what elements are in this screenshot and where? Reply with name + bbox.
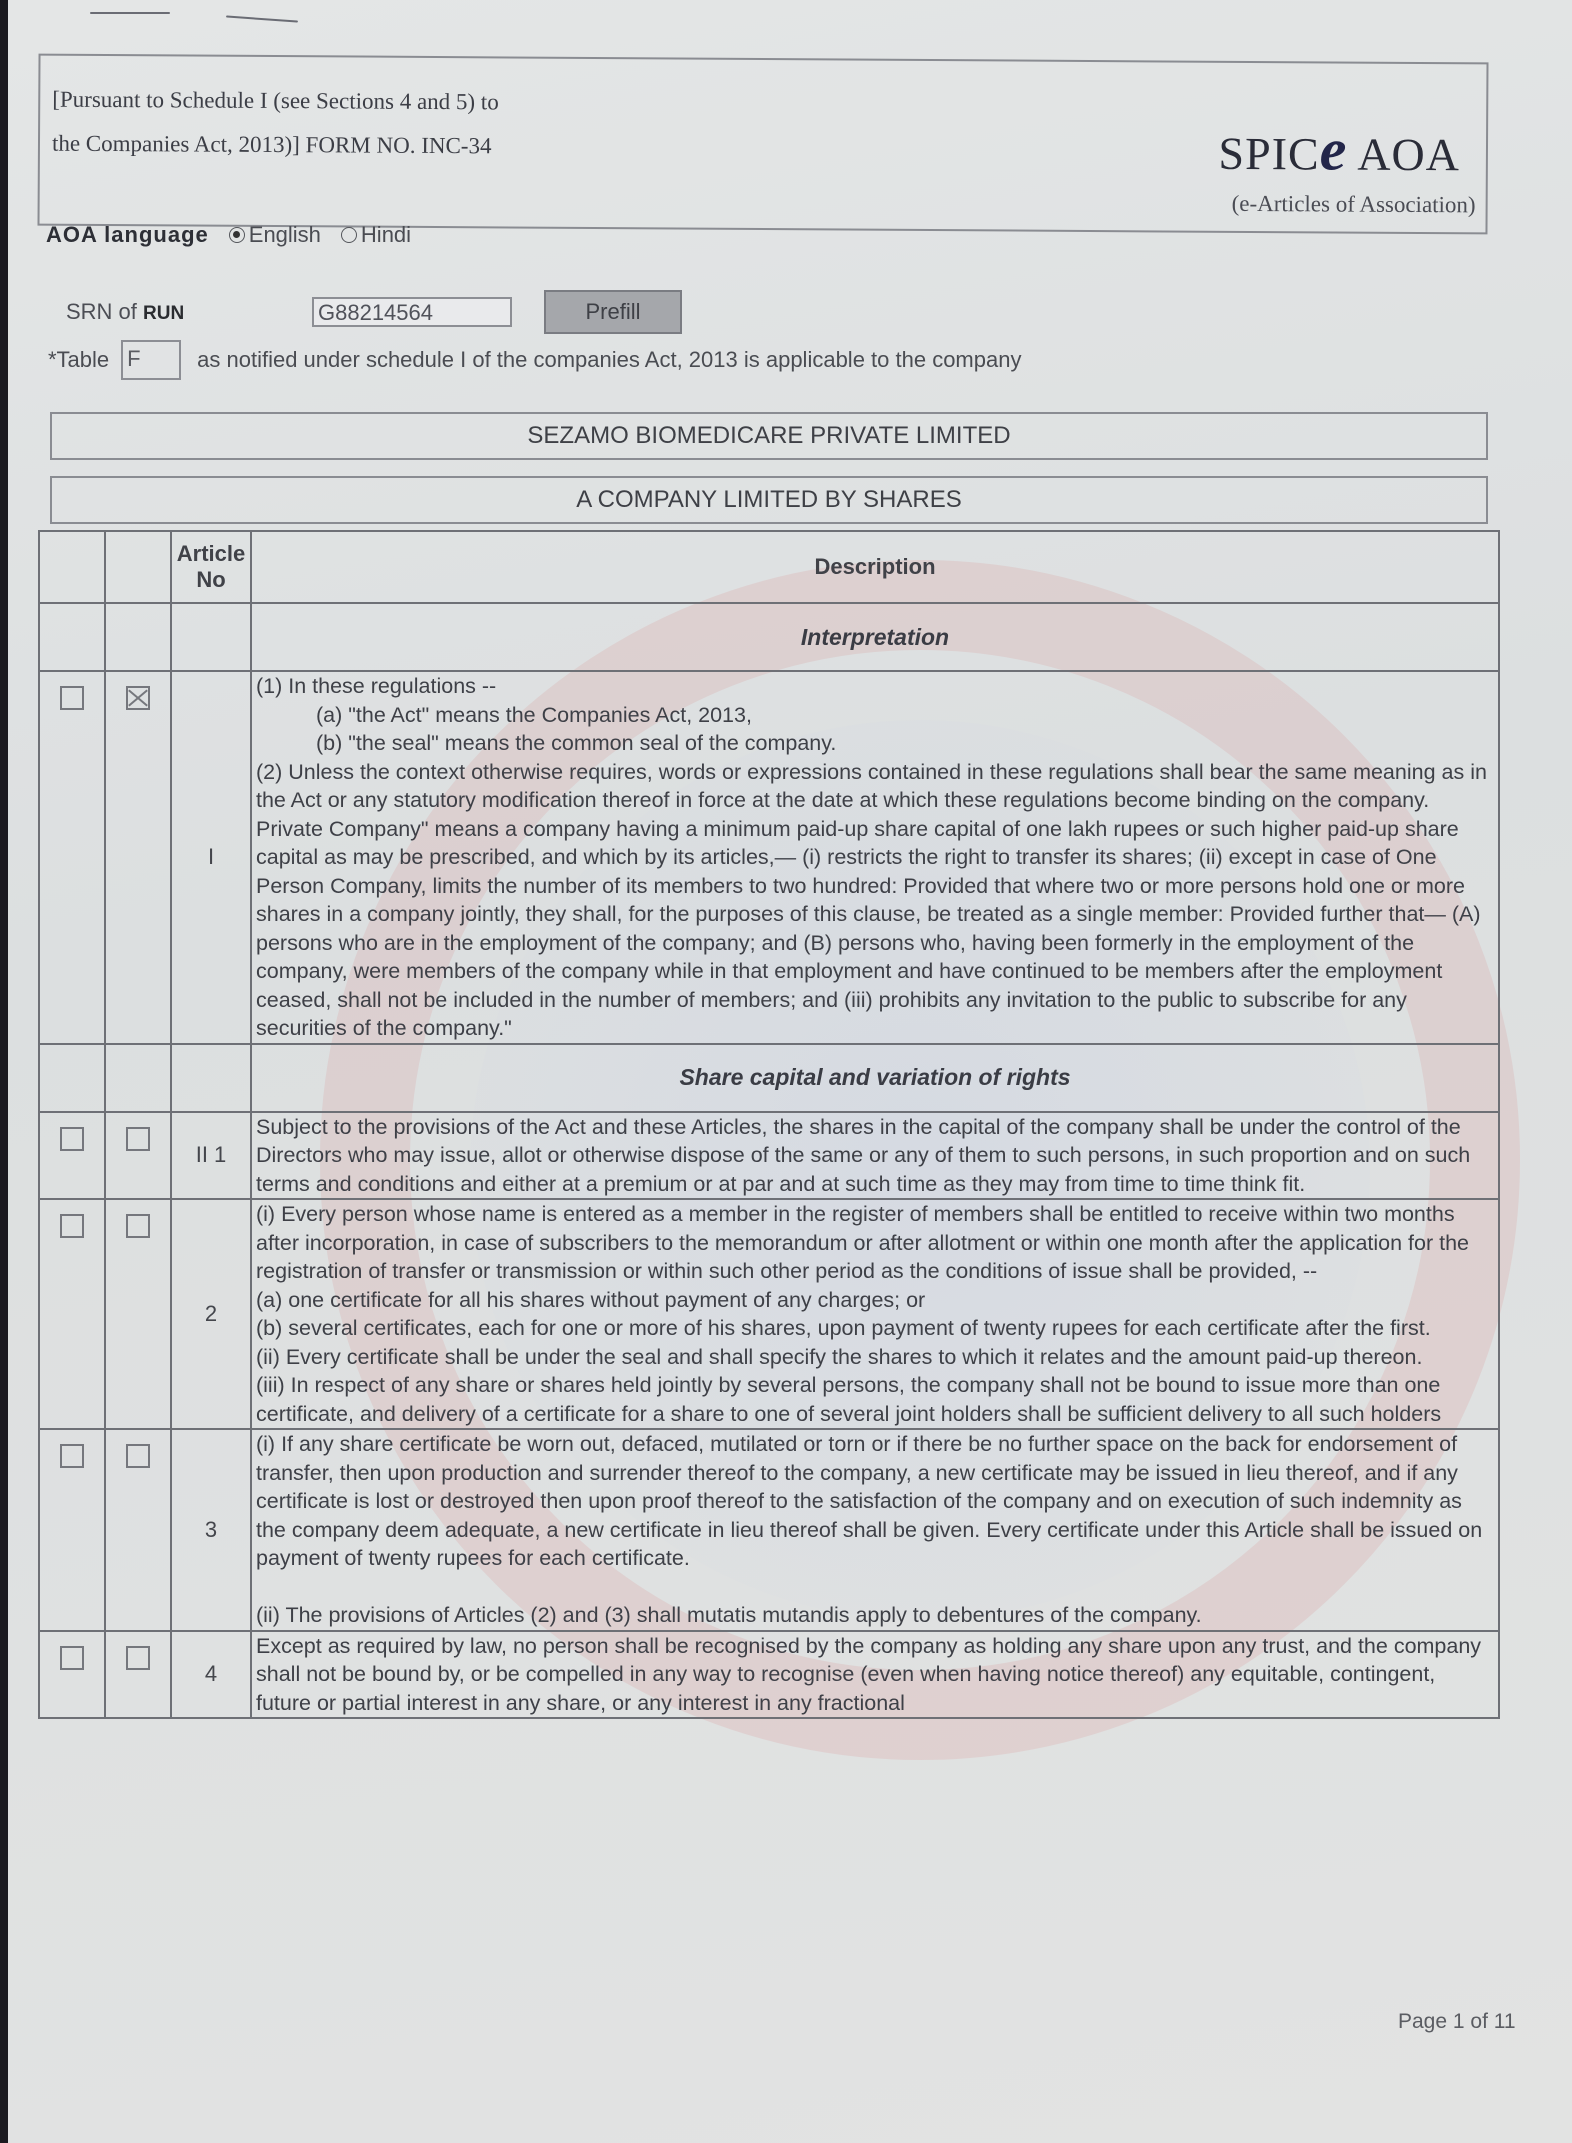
srn-label-run: RUN [143, 303, 184, 324]
article-description: (1) In these regulations --(a) "the Act"… [251, 671, 1499, 1044]
checkbox-icon[interactable] [126, 1127, 150, 1151]
checkbox-cell [39, 1429, 105, 1631]
description-line: Private Company" means a company having … [256, 815, 1494, 1043]
empty-cell [105, 1044, 171, 1112]
checkbox-cell [105, 1429, 171, 1631]
checkbox-cell [105, 1112, 171, 1200]
article-number: II 1 [171, 1112, 251, 1200]
checkbox-icon[interactable] [126, 1214, 150, 1238]
article-row: 2(i) Every person whose name is entered … [39, 1199, 1499, 1429]
radio-hindi-label: Hindi [361, 222, 411, 248]
srn-row: SRN of RUN G88214564 Prefill [66, 290, 682, 334]
article-row: 4Except as required by law, no person sh… [39, 1631, 1499, 1719]
section-row: Interpretation [39, 603, 1499, 671]
checkbox-cell [105, 1631, 171, 1719]
section-title: Share capital and variation of rights [251, 1044, 1499, 1112]
header-check-2 [105, 531, 171, 603]
radio-checked-icon[interactable] [229, 227, 245, 243]
article-description: Except as required by law, no person sha… [251, 1631, 1499, 1719]
checkbox-icon[interactable] [60, 686, 84, 710]
description-line: (1) In these regulations -- [256, 672, 1494, 701]
section-row: Share capital and variation of rights [39, 1044, 1499, 1112]
form-header: [Pursuant to Schedule I (see Sections 4 … [37, 54, 1488, 235]
header-article-no: Article No [171, 531, 251, 603]
description-line: (b) several certificates, each for one o… [256, 1314, 1494, 1343]
articles-table: Article No Description InterpretationI(1… [38, 530, 1500, 1719]
description-line: (i) Every person whose name is entered a… [256, 1200, 1494, 1286]
pursuant-text: [Pursuant to Schedule I (see Sections 4 … [52, 78, 499, 169]
article-number: 2 [171, 1199, 251, 1429]
pursuant-line-1: [Pursuant to Schedule I (see Sections 4 … [52, 78, 499, 125]
table-label: *Table [48, 347, 109, 373]
radio-english-label: English [249, 222, 321, 248]
article-description: (i) If any share certificate be worn out… [251, 1429, 1499, 1631]
aoa-language-label: AOA language [46, 222, 209, 248]
empty-cell [105, 603, 171, 671]
company-type-field[interactable]: A COMPANY LIMITED BY SHARES [50, 476, 1488, 524]
checkbox-cell [39, 1199, 105, 1429]
article-number: 3 [171, 1429, 251, 1631]
srn-label: SRN of RUN [66, 299, 312, 325]
brand-suffix: AOA [1347, 129, 1460, 181]
description-line: (2) Unless the context otherwise require… [256, 758, 1494, 815]
checkbox-icon[interactable] [126, 1646, 150, 1670]
table-input[interactable]: F [121, 340, 181, 380]
checkbox-icon[interactable] [60, 1444, 84, 1468]
table-applicable-row: *Table F as notified under schedule I of… [48, 340, 1021, 380]
header-description: Description [251, 531, 1499, 603]
checkbox-checked-icon[interactable] [126, 686, 150, 710]
article-description: Subject to the provisions of the Act and… [251, 1112, 1499, 1200]
table-applicable-text: as notified under schedule I of the comp… [197, 347, 1021, 373]
company-name-field[interactable]: SEZAMO BIOMEDICARE PRIVATE LIMITED [50, 412, 1488, 460]
empty-cell [39, 1044, 105, 1112]
description-line: (ii) Every certificate shall be under th… [256, 1343, 1494, 1372]
prefill-button[interactable]: Prefill [544, 290, 682, 334]
pen-mark [226, 15, 298, 22]
description-line [256, 1573, 1494, 1602]
description-line: Except as required by law, no person sha… [256, 1632, 1494, 1718]
article-number: I [171, 671, 251, 1044]
article-row: I(1) In these regulations --(a) "the Act… [39, 671, 1499, 1044]
aoa-language-row: AOA language English Hindi [46, 222, 411, 248]
srn-label-prefix: SRN of [66, 299, 143, 324]
pen-mark [90, 12, 170, 14]
radio-hindi[interactable]: Hindi [341, 222, 411, 248]
pursuant-line-2: the Companies Act, 2013)] FORM NO. INC-3… [52, 122, 499, 169]
description-line: Subject to the provisions of the Act and… [256, 1113, 1494, 1199]
header-check-1 [39, 531, 105, 603]
srn-input[interactable]: G88214564 [312, 297, 512, 327]
checkbox-cell [105, 1199, 171, 1429]
empty-cell [171, 1044, 251, 1112]
form-subtitle: (e-Articles of Association) [1232, 191, 1476, 218]
radio-english[interactable]: English [229, 222, 321, 248]
description-line: (b) "the seal" means the common seal of … [256, 729, 1494, 758]
empty-cell [171, 603, 251, 671]
brand-prefix: SPIC [1218, 128, 1319, 180]
table-header-row: Article No Description [39, 531, 1499, 603]
article-description: (i) Every person whose name is entered a… [251, 1199, 1499, 1429]
checkbox-icon[interactable] [126, 1444, 150, 1468]
section-title: Interpretation [251, 603, 1499, 671]
checkbox-icon[interactable] [60, 1214, 84, 1238]
article-row: II 1Subject to the provisions of the Act… [39, 1112, 1499, 1200]
description-line: (a) one certificate for all his shares w… [256, 1286, 1494, 1315]
description-line: (ii) The provisions of Articles (2) and … [256, 1601, 1494, 1630]
checkbox-icon[interactable] [60, 1127, 84, 1151]
brand-e: e [1320, 116, 1348, 182]
checkbox-cell [39, 671, 105, 1044]
checkbox-cell [39, 1112, 105, 1200]
empty-cell [39, 603, 105, 671]
checkbox-icon[interactable] [60, 1646, 84, 1670]
radio-unchecked-icon[interactable] [341, 227, 357, 243]
checkbox-cell [39, 1631, 105, 1719]
article-row: 3(i) If any share certificate be worn ou… [39, 1429, 1499, 1631]
description-line: (a) "the Act" means the Companies Act, 2… [256, 701, 1494, 730]
photo-edge [0, 0, 8, 2143]
article-number: 4 [171, 1631, 251, 1719]
checkbox-cell [105, 671, 171, 1044]
description-line: (i) If any share certificate be worn out… [256, 1430, 1494, 1573]
spice-aoa-logo: SPICe AOA [1218, 115, 1460, 185]
page-number: Page 1 of 11 [1398, 2010, 1516, 2034]
description-line: (iii) In respect of any share or shares … [256, 1371, 1494, 1428]
